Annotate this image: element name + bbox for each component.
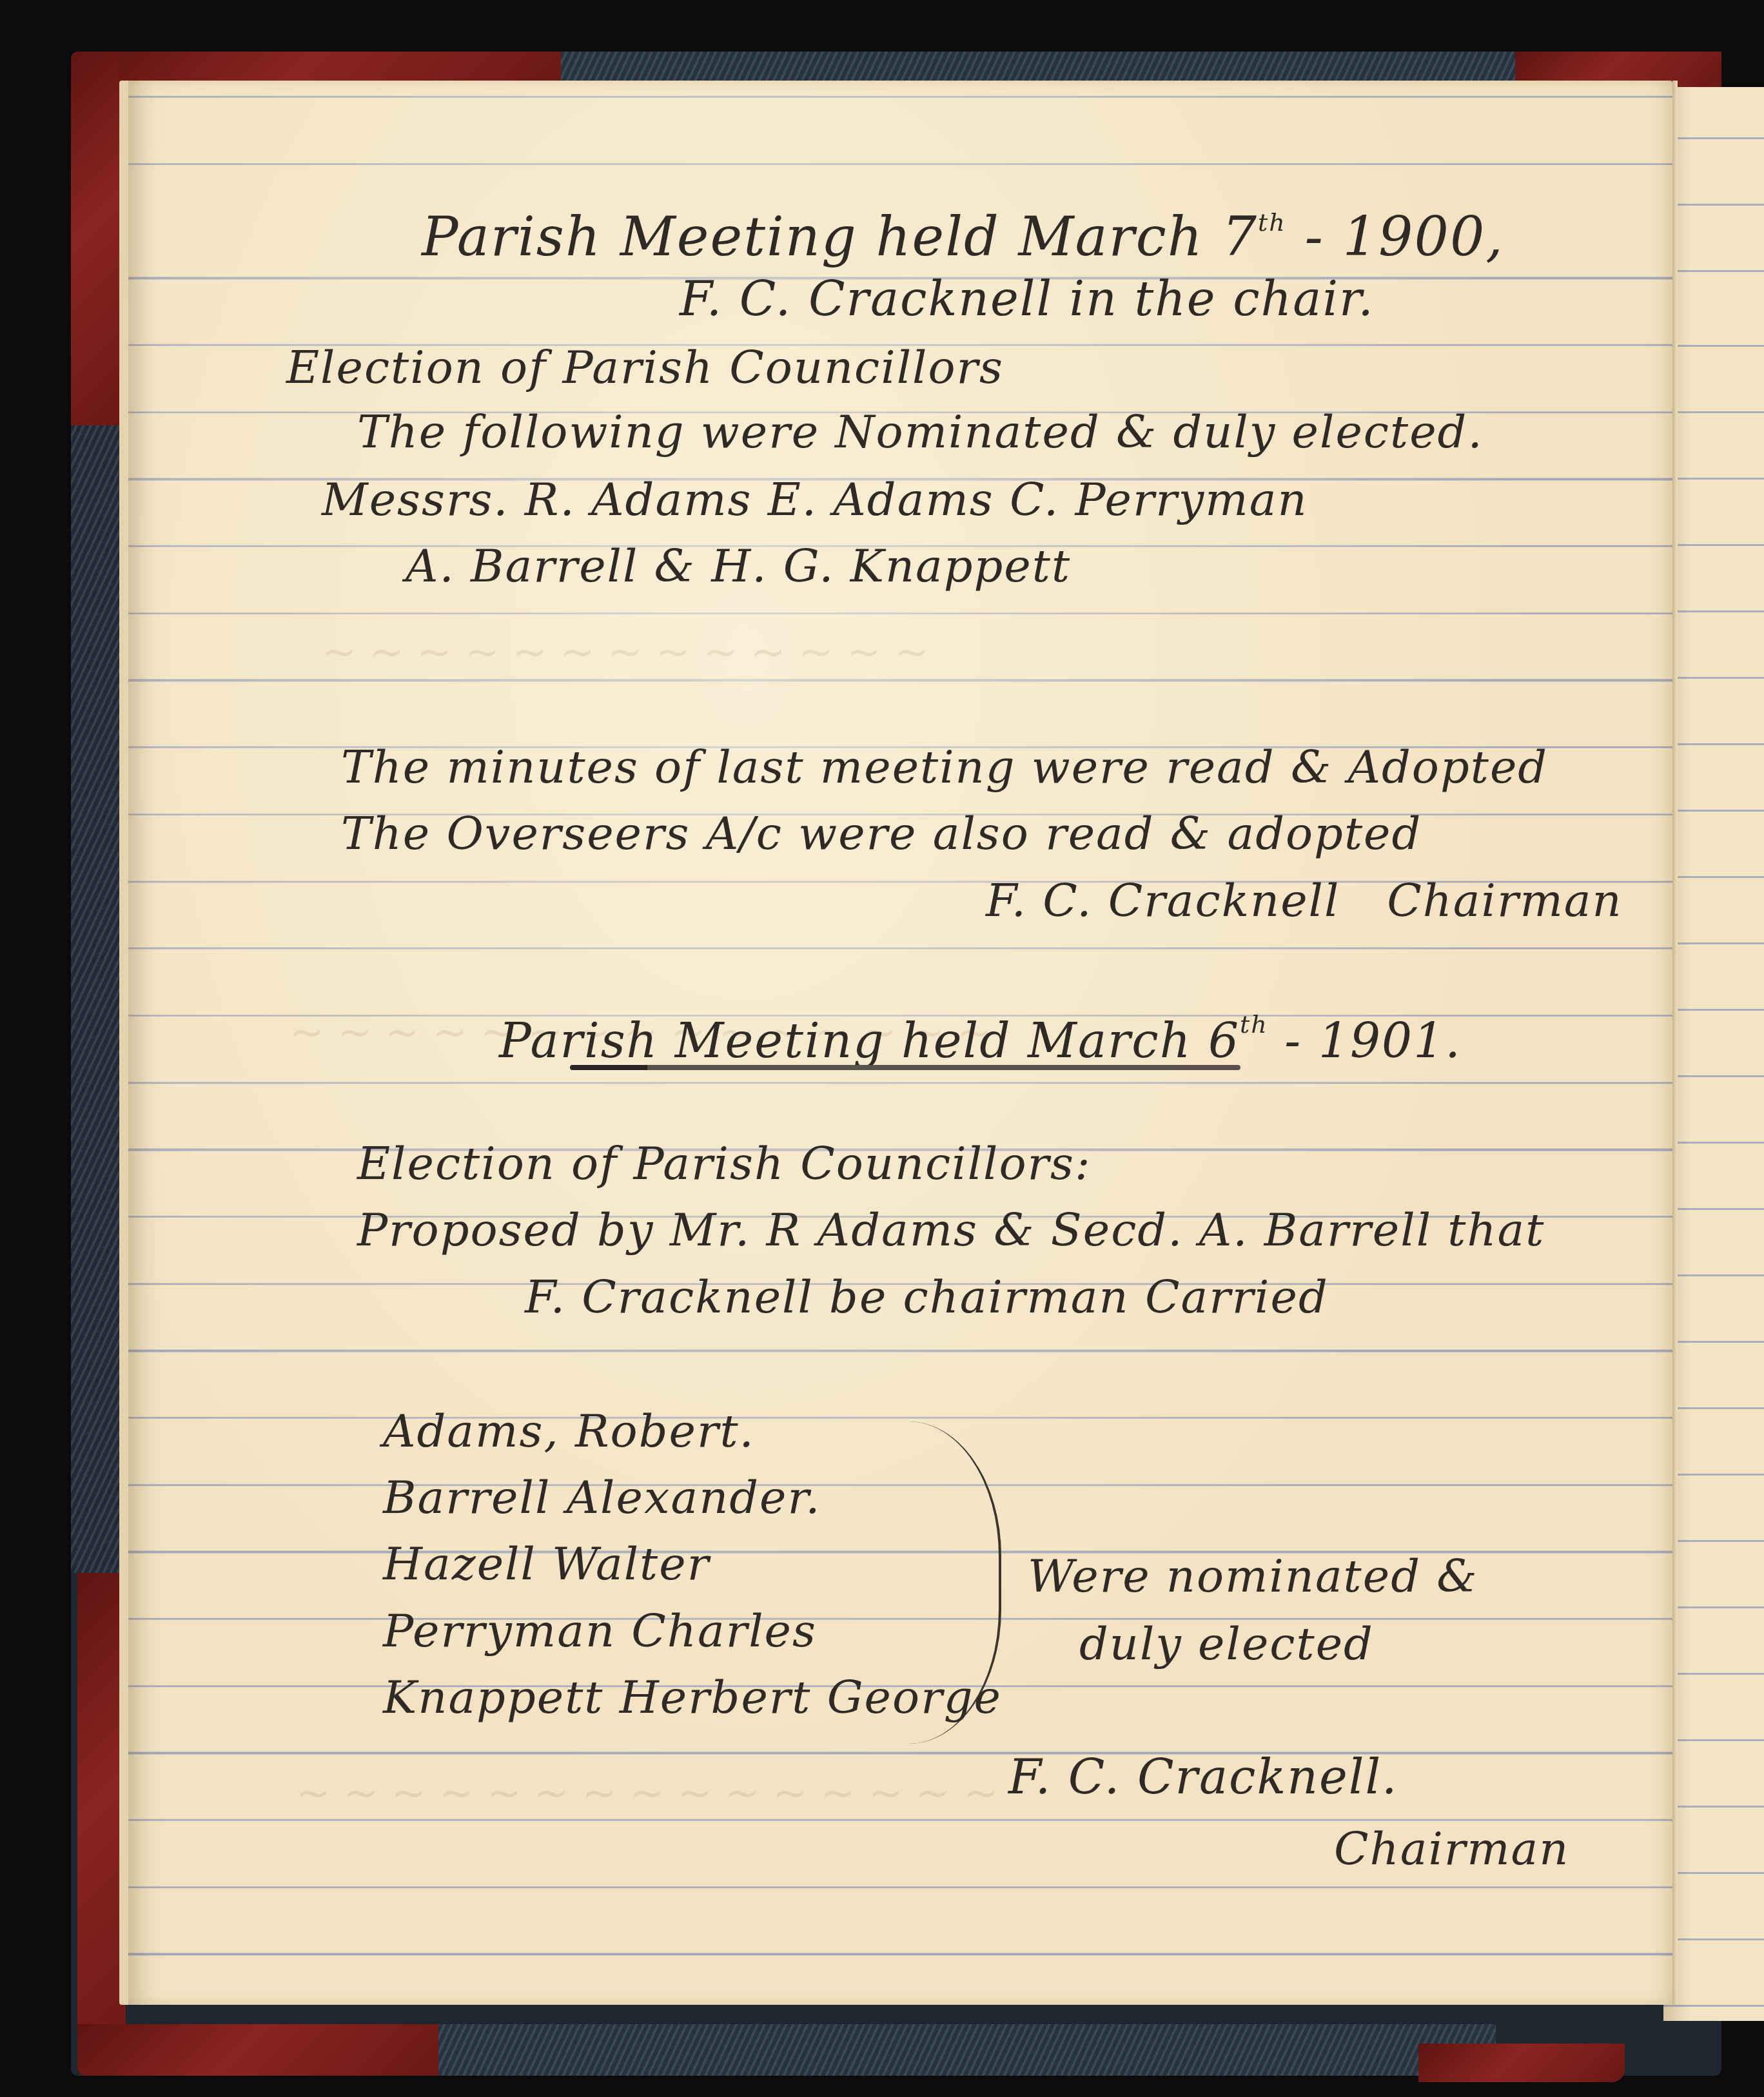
signature-name: F. C. Cracknell <box>986 874 1340 927</box>
bleed-through-text: ~ ~ ~ ~ ~ ~ ~ ~ ~ ~ ~ ~ ~ ~ ~ <box>296 1770 998 1817</box>
heading-ordinal: th <box>1258 208 1286 237</box>
page-fold-edge <box>1672 81 1678 2005</box>
notebook-page: ~ ~ ~ ~ ~ ~ ~ ~ ~ ~ ~ ~ ~ ~ ~ ~ ~ ~ ~ ~ … <box>119 81 1672 2005</box>
chair-line: F. C. Cracknell in the chair. <box>680 275 1375 323</box>
leather-corner-bottom-right <box>1418 2043 1625 2082</box>
section-title-election: Election of Parish Councillors: <box>357 1141 1092 1186</box>
section-title-election: Election of Parish Councillors <box>286 345 1004 390</box>
minute-line: The following were Nominated & duly elec… <box>357 409 1484 454</box>
cloth-binding-left <box>71 425 119 1573</box>
meeting-1901-heading: Parish Meeting held March 6th - 1901. <box>499 1012 1462 1065</box>
heading-year: - 1901. <box>1284 1013 1461 1069</box>
bleed-through-text: ~ ~ ~ ~ ~ ~ ~ ~ ~ ~ ~ ~ ~ <box>322 629 928 676</box>
nominee-name: Adams, Robert. <box>383 1409 755 1454</box>
leather-corner-top-left-side <box>71 52 119 425</box>
heading-year: - 1900, <box>1305 205 1505 268</box>
signature-title: Chairman <box>1387 874 1622 927</box>
heading-text: Parish Meeting held March 7 <box>422 205 1258 268</box>
minute-line: The minutes of last meeting were read & … <box>341 745 1548 790</box>
next-page-edge <box>1663 87 1764 2021</box>
minute-line: Messrs. R. Adams E. Adams C. Perryman <box>322 477 1308 522</box>
nominee-name: Perryman Charles <box>383 1608 817 1653</box>
signature-1901-title: Chairman <box>1334 1826 1569 1871</box>
minute-line: A. Barrell & H. G. Knappett <box>406 543 1071 589</box>
nominee-name: Hazell Walter <box>383 1541 710 1586</box>
bracket-note: Were nominated & <box>1028 1554 1478 1599</box>
bracket-note: duly elected <box>1079 1621 1374 1666</box>
minute-line: The Overseers A/c were also read & adopt… <box>341 811 1422 856</box>
nominee-name: Barrell Alexander. <box>383 1475 821 1520</box>
heading-ordinal: th <box>1240 1010 1268 1039</box>
heading-text: Parish Meeting held March 6 <box>499 1013 1240 1069</box>
cloth-binding-bottom <box>432 2024 1496 2076</box>
signature-1901-name: F. C. Cracknell. <box>1008 1753 1398 1801</box>
minute-line: Proposed by Mr. R Adams & Secd. A. Barre… <box>357 1207 1545 1253</box>
leather-corner-bottom-left <box>77 2024 438 2076</box>
meeting-1900-heading: Parish Meeting held March 7th - 1900, <box>422 210 1504 264</box>
leather-corner-bottom-left-side <box>77 1573 126 2076</box>
heading-underline <box>570 1065 1240 1070</box>
minute-line: F. Cracknell be chairman Carried <box>525 1274 1329 1320</box>
signature-1900: F. C. Cracknell Chairman <box>986 878 1623 923</box>
